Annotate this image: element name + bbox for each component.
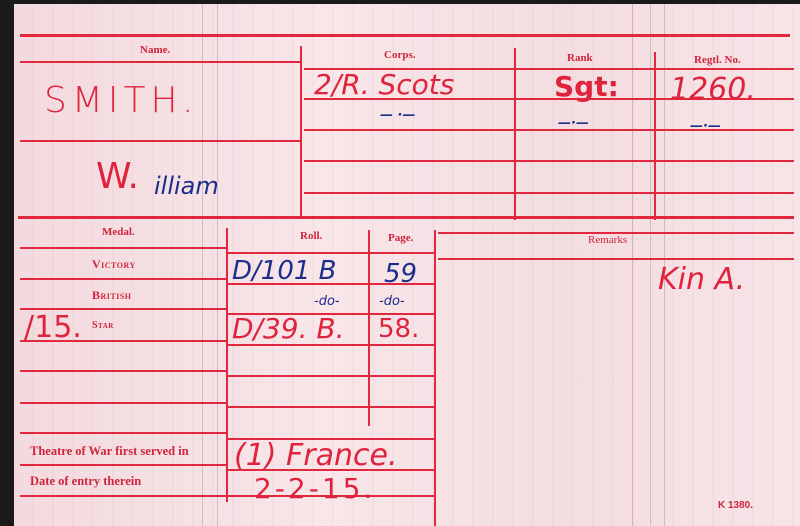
star-prefix: /15. xyxy=(24,310,82,345)
medal-name: Star xyxy=(92,320,114,331)
row-rule xyxy=(228,252,434,254)
corps-header: Corps. xyxy=(384,49,415,61)
row-rule xyxy=(304,192,794,194)
medal-name: Victory xyxy=(92,257,136,272)
forename-initial: W. xyxy=(96,156,139,197)
name-header: Name. xyxy=(140,44,170,56)
regtl-ditto: —·— xyxy=(690,119,721,134)
remarks-rule xyxy=(438,232,794,234)
roll-header: Roll. xyxy=(300,230,322,242)
divider xyxy=(514,48,516,220)
theatre-label: Theatre of War first served in xyxy=(30,444,189,459)
divider xyxy=(300,46,302,218)
medal-index-card: Name. Corps. Rank Regtl. No. SMITH. W. i… xyxy=(14,4,800,526)
row-rule xyxy=(20,278,226,280)
row-rule xyxy=(304,160,794,162)
rank-ditto: —·— xyxy=(558,116,589,131)
medal-header: Medal. xyxy=(102,226,135,238)
remarks-header: Remarks xyxy=(588,234,627,246)
remarks-rule xyxy=(438,258,794,260)
date-of-entry-label: Date of entry therein xyxy=(30,474,141,489)
roll-value: D/101 B xyxy=(232,256,337,286)
row-rule xyxy=(20,247,226,249)
row-rule xyxy=(20,432,226,434)
row-rule xyxy=(20,464,226,466)
paper-rule xyxy=(202,4,203,526)
divider xyxy=(226,228,228,502)
paper-rule xyxy=(632,4,633,526)
regtl-no-value: 1260. xyxy=(670,72,756,107)
regtl-no-header: Regtl. No. xyxy=(694,54,741,66)
forename-rest: illiam xyxy=(154,172,219,200)
row-rule xyxy=(228,375,434,377)
top-rule xyxy=(20,34,790,37)
corps-value: 2/R. Scots xyxy=(314,68,454,101)
section-rule xyxy=(18,216,794,219)
name-rule xyxy=(20,140,300,142)
roll-value: D/39. B. xyxy=(232,312,345,345)
page-value: -do- xyxy=(379,294,405,309)
page-value: 59 xyxy=(384,259,417,289)
page-value: 58. xyxy=(378,314,419,344)
roll-value: -do- xyxy=(314,294,340,309)
corps-ditto: — ·— xyxy=(380,108,415,123)
theatre-value: (1) France. xyxy=(234,438,398,473)
row-rule xyxy=(20,370,226,372)
surname: SMITH. xyxy=(44,80,198,121)
rank-value: Sgt: xyxy=(554,70,619,103)
divider xyxy=(654,52,656,220)
row-rule xyxy=(20,402,226,404)
paper-rule xyxy=(217,4,218,526)
rank-header: Rank xyxy=(567,52,593,64)
date-of-entry-value: 2-2-15. xyxy=(254,472,375,505)
paper-rule xyxy=(650,4,651,526)
medal-name: British xyxy=(92,288,132,303)
form-reference: K 1380. xyxy=(718,500,753,511)
divider xyxy=(434,230,436,526)
name-rule xyxy=(20,61,300,63)
divider xyxy=(368,230,370,426)
row-rule xyxy=(228,406,434,408)
page-header: Page. xyxy=(388,232,413,244)
remarks-value: Kin A. xyxy=(658,262,745,297)
